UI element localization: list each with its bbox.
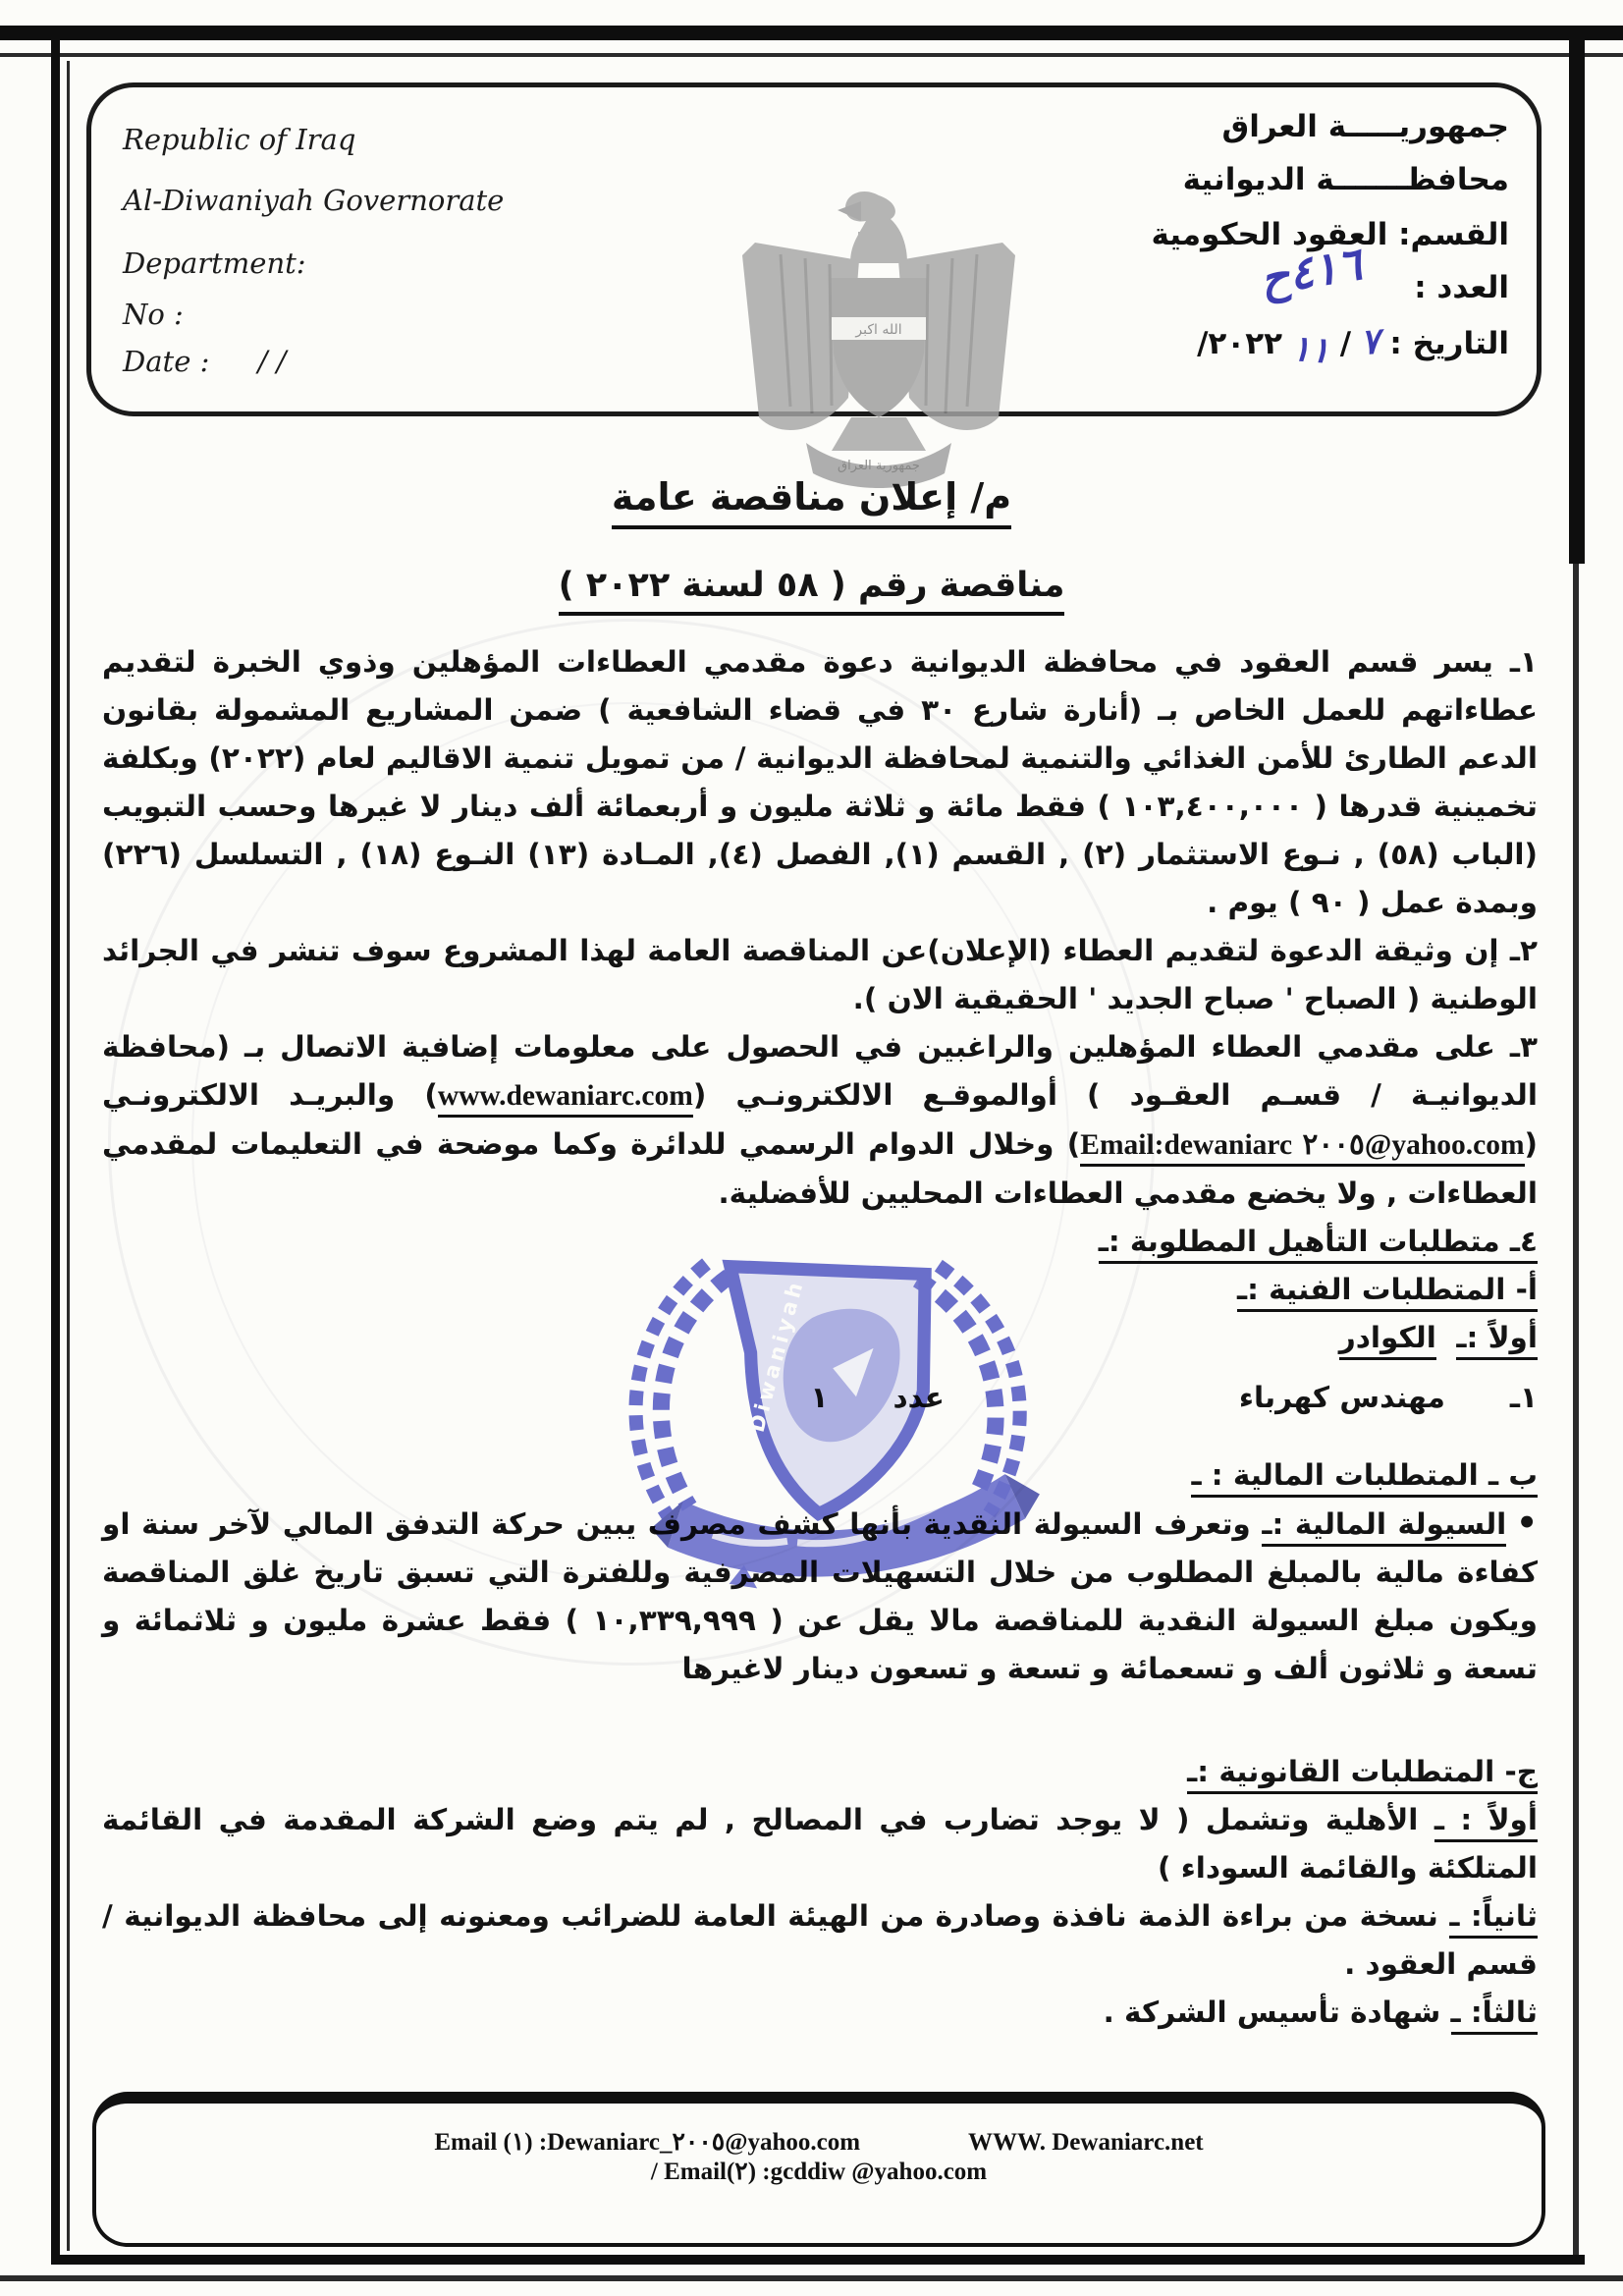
paragraph-3: ٣ـ على مقدمي العطاء المؤهلين والراغبين ف…: [102, 1023, 1538, 1218]
letterhead-box: Republic of Iraq Al-Diwaniyah Governorat…: [86, 82, 1542, 416]
paragraph-1: ١ـ يسر قسم العقود في محافظة الديوانية دع…: [102, 638, 1538, 927]
handwritten-day: ٧: [1359, 320, 1382, 363]
bullet-point: •: [1516, 1503, 1538, 1543]
cadre-item-title: مهندس كهرباء: [1239, 1374, 1445, 1422]
iraq-eagle-emblem: الله اكبر جمهورية العراق: [712, 186, 1046, 492]
printed-year: ٢٠٢٢/: [1197, 326, 1282, 361]
scan-edge-top: [0, 26, 1623, 40]
number-label: العدد :: [1414, 270, 1509, 305]
eagle-scroll-text: جمهورية العراق: [838, 459, 920, 473]
footer-line-2: / Email(٢) :gcddiw @yahoo.com: [96, 2157, 1542, 2186]
english-country-label: Republic of Iraq: [123, 123, 355, 156]
footer-email-2: / Email(٢) :gcddiw @yahoo.com: [651, 2159, 987, 2185]
english-date-slashes: / /: [258, 345, 287, 378]
scan-edge-bottom-thin: [0, 2275, 1623, 2281]
website-url: www.dewaniarc.com: [438, 1080, 693, 1118]
cadre-item-number: ١ـ: [1510, 1374, 1538, 1422]
date-slash-1: /: [1340, 326, 1351, 361]
blue-official-stamp: Diwaniyah: [578, 1208, 1072, 1600]
arabic-country-label: جمهوريـــــة العراق: [1222, 109, 1509, 144]
legal-item-3: ثالثاً: ـ شهادة تأسيس الشركة .: [102, 1989, 1538, 2037]
scan-edge-top-thin: [0, 53, 1623, 57]
eagle-flag-band-text: الله اكبر: [854, 322, 901, 338]
english-date-line: Date : / /: [123, 345, 286, 378]
footer-line-1: Email (١) :Dewaniarc_٢٠٠٥@yahoo.comWWW. …: [96, 2127, 1542, 2157]
footer-website: WWW. Dewaniarc.net: [968, 2129, 1204, 2156]
english-number-label: No :: [123, 298, 184, 331]
date-label: التاريخ :: [1389, 326, 1509, 361]
document-number-line: العدد : ٤١٦ح: [1414, 270, 1509, 305]
legal-item-1: أولاً : ـ الأهلية وتشمل ( لا يوجد تضارب …: [102, 1796, 1538, 1892]
handwritten-month: ١١: [1290, 328, 1331, 372]
footer-email-1: Email (١) :Dewaniarc_٢٠٠٥@yahoo.com: [434, 2129, 860, 2156]
arabic-governorate-label: محافظـــــــة الديوانية: [1183, 162, 1509, 197]
email-address: Email:dewaniarc ٢٠٠٥@yahoo.com: [1080, 1129, 1524, 1167]
scan-edge-left-thin: [67, 61, 70, 2251]
english-department-label: Department:: [123, 246, 306, 280]
memo-title: م/ إعلان مناقصة عامة: [0, 475, 1623, 519]
legal-item-2: ثانياً: ـ نسخة من براءة الذمة نافذة وصاد…: [102, 1892, 1538, 1989]
footer-contact-box: Email (١) :Dewaniarc_٢٠٠٥@yahoo.comWWW. …: [92, 2092, 1545, 2247]
scan-edge-bottom: [51, 2255, 1585, 2265]
document-date-line: التاريخ : ٧ / ١١ ٢٠٢٢/: [1197, 321, 1509, 362]
legal-requirements-heading: ج- المتطلبات القانونية :ـ: [102, 1748, 1538, 1796]
scan-edge-left: [51, 39, 60, 2257]
english-date-label: Date :: [123, 345, 209, 378]
paragraph-2: ٢ـ إن وثيقة الدعوة لتقديم العطاء (الإعلا…: [102, 927, 1538, 1023]
english-governorate-label: Al-Diwaniyah Governorate: [123, 184, 504, 217]
scan-edge-right-thin: [1573, 564, 1579, 2255]
scanned-tender-document: Republic of Iraq Al-Diwaniyah Governorat…: [0, 0, 1623, 2296]
tender-number-title: مناقصة رقم ( ٥٨ لسنة ٢٠٢٢ ): [0, 566, 1623, 605]
